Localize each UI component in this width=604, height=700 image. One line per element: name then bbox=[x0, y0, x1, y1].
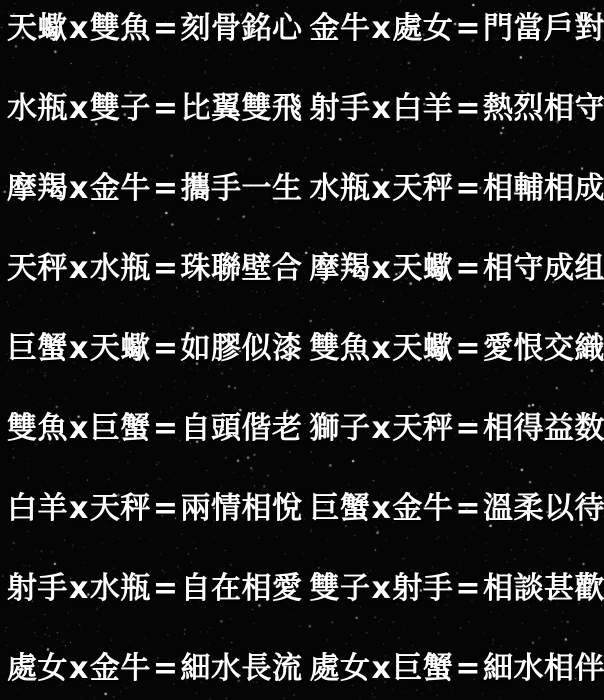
pairing-left: 摩羯x金牛=攜手一生 bbox=[0, 171, 303, 207]
pairing-right: 巨蟹x金牛=溫柔以待 bbox=[303, 491, 604, 527]
pair-separator: x bbox=[371, 491, 393, 526]
pair-separator: x bbox=[68, 251, 90, 286]
sign-a-label: 金牛 bbox=[310, 11, 371, 46]
pairing-row: 雙魚x巨蟹=自頭偕老 獅子x天秤=相得益数 bbox=[0, 411, 604, 447]
pair-separator: x bbox=[371, 571, 393, 606]
pairing-right: 摩羯x天蠍=相守成组 bbox=[303, 251, 604, 287]
sign-a-label: 白羊 bbox=[7, 491, 68, 526]
equals-sign: = bbox=[453, 91, 483, 126]
equals-sign: = bbox=[151, 411, 181, 446]
pair-separator: x bbox=[371, 331, 393, 366]
sign-b-label: 雙魚 bbox=[90, 11, 151, 46]
pairing-left: 處女x金牛=細水長流 bbox=[0, 651, 303, 687]
pairing-row: 天秤x水瓶=珠聯壁合 摩羯x天蠍=相守成组 bbox=[0, 251, 604, 287]
pair-separator: x bbox=[371, 251, 393, 286]
pairing-right: 金牛x處女=門當戶對 bbox=[303, 11, 604, 47]
pairing-left: 水瓶x雙子=比翼雙飛 bbox=[0, 91, 303, 127]
sign-a-label: 天蠍 bbox=[7, 11, 68, 46]
pair-separator: x bbox=[68, 571, 90, 606]
sign-b-label: 天蠍 bbox=[392, 331, 453, 366]
equals-sign: = bbox=[453, 11, 483, 46]
pairing-row: 射手x水瓶=自在相愛 雙子x射手=相談甚歡 bbox=[0, 571, 604, 607]
sign-b-label: 雙子 bbox=[90, 91, 151, 126]
pairing-result: 兩情相悅 bbox=[181, 491, 303, 526]
pairing-result: 相談甚歡 bbox=[483, 571, 604, 606]
sign-a-label: 水瓶 bbox=[7, 91, 68, 126]
pairing-row: 處女x金牛=細水長流 處女x巨蟹=細水相伴 bbox=[0, 651, 604, 687]
pairing-row: 白羊x天秤=兩情相悅 巨蟹x金牛=溫柔以待 bbox=[0, 491, 604, 527]
sign-b-label: 巨蟹 bbox=[90, 411, 151, 446]
sign-a-label: 射手 bbox=[7, 571, 68, 606]
sign-b-label: 巨蟹 bbox=[392, 651, 453, 686]
pairing-right: 射手x白羊=熱烈相守 bbox=[303, 91, 604, 127]
pairing-left: 射手x水瓶=自在相愛 bbox=[0, 571, 303, 607]
pairing-row: 天蠍x雙魚=刻骨銘心 金牛x處女=門當戶對 bbox=[0, 11, 604, 47]
equals-sign: = bbox=[151, 571, 181, 606]
pair-separator: x bbox=[68, 411, 90, 446]
sign-a-label: 處女 bbox=[7, 651, 68, 686]
pairing-right: 雙魚x天蠍=愛恨交織 bbox=[303, 331, 604, 367]
pair-separator: x bbox=[68, 11, 90, 46]
sign-b-label: 射手 bbox=[392, 571, 453, 606]
pairing-result: 自頭偕老 bbox=[181, 411, 303, 446]
pair-separator: x bbox=[68, 91, 90, 126]
pairing-row: 摩羯x金牛=攜手一生 水瓶x天秤=相輔相成 bbox=[0, 171, 604, 207]
equals-sign: = bbox=[151, 491, 181, 526]
sign-b-label: 天蠍 bbox=[392, 251, 453, 286]
pair-separator: x bbox=[68, 491, 90, 526]
pairing-result: 刻骨銘心 bbox=[181, 11, 303, 46]
pair-separator: x bbox=[68, 331, 90, 366]
pairing-left: 巨蟹x天蠍=如膠似漆 bbox=[0, 331, 303, 367]
sign-b-label: 金牛 bbox=[90, 651, 151, 686]
pairing-left: 白羊x天秤=兩情相悅 bbox=[0, 491, 303, 527]
equals-sign: = bbox=[151, 91, 181, 126]
sign-b-label: 天秤 bbox=[392, 171, 453, 206]
sign-b-label: 天秤 bbox=[392, 411, 453, 446]
sign-a-label: 摩羯 bbox=[7, 171, 68, 206]
sign-a-label: 處女 bbox=[310, 651, 371, 686]
equals-sign: = bbox=[151, 331, 181, 366]
pair-separator: x bbox=[68, 171, 90, 206]
pairing-left: 天秤x水瓶=珠聯壁合 bbox=[0, 251, 303, 287]
pair-separator: x bbox=[371, 171, 393, 206]
equals-sign: = bbox=[151, 251, 181, 286]
sign-a-label: 射手 bbox=[310, 91, 371, 126]
sign-b-label: 金牛 bbox=[392, 491, 453, 526]
pairing-result: 溫柔以待 bbox=[483, 491, 604, 526]
sign-b-label: 天秤 bbox=[90, 491, 151, 526]
equals-sign: = bbox=[453, 571, 483, 606]
sign-a-label: 巨蟹 bbox=[310, 491, 371, 526]
sign-a-label: 獅子 bbox=[310, 411, 371, 446]
pairing-result: 細水相伴 bbox=[483, 651, 604, 686]
equals-sign: = bbox=[151, 11, 181, 46]
equals-sign: = bbox=[151, 651, 181, 686]
equals-sign: = bbox=[453, 171, 483, 206]
sign-a-label: 水瓶 bbox=[310, 171, 371, 206]
pairing-result: 細水長流 bbox=[181, 651, 303, 686]
equals-sign: = bbox=[453, 411, 483, 446]
sign-a-label: 摩羯 bbox=[310, 251, 371, 286]
pairing-result: 相守成组 bbox=[483, 251, 604, 286]
pairing-left: 天蠍x雙魚=刻骨銘心 bbox=[0, 11, 303, 47]
sign-b-label: 水瓶 bbox=[90, 571, 151, 606]
equals-sign: = bbox=[453, 491, 483, 526]
sign-b-label: 白羊 bbox=[392, 91, 453, 126]
pairing-left: 雙魚x巨蟹=自頭偕老 bbox=[0, 411, 303, 447]
pair-separator: x bbox=[371, 11, 393, 46]
pairing-result: 相得益数 bbox=[483, 411, 604, 446]
pairing-result: 如膠似漆 bbox=[181, 331, 303, 366]
sign-a-label: 雙魚 bbox=[7, 411, 68, 446]
equals-sign: = bbox=[151, 171, 181, 206]
sign-a-label: 雙子 bbox=[310, 571, 371, 606]
sign-b-label: 水瓶 bbox=[90, 251, 151, 286]
pairing-result: 門當戶對 bbox=[483, 11, 604, 46]
sign-b-label: 金牛 bbox=[90, 171, 151, 206]
pair-separator: x bbox=[371, 91, 393, 126]
pairing-result: 相輔相成 bbox=[483, 171, 604, 206]
pairing-row: 巨蟹x天蠍=如膠似漆 雙魚x天蠍=愛恨交織 bbox=[0, 331, 604, 367]
pairing-right: 獅子x天秤=相得益数 bbox=[303, 411, 604, 447]
pairing-result: 攜手一生 bbox=[181, 171, 303, 206]
sign-b-label: 處女 bbox=[392, 11, 453, 46]
equals-sign: = bbox=[453, 651, 483, 686]
pairing-right: 水瓶x天秤=相輔相成 bbox=[303, 171, 604, 207]
pair-separator: x bbox=[371, 411, 393, 446]
pairing-result: 自在相愛 bbox=[181, 571, 303, 606]
pairing-result: 熱烈相守 bbox=[483, 91, 604, 126]
sign-b-label: 天蠍 bbox=[90, 331, 151, 366]
pairing-result: 愛恨交織 bbox=[483, 331, 604, 366]
pairings-list: 天蠍x雙魚=刻骨銘心 金牛x處女=門當戶對 水瓶x雙子=比翼雙飛 射手x白羊=熱… bbox=[0, 0, 604, 700]
pairing-result: 珠聯壁合 bbox=[181, 251, 303, 286]
zodiac-pairings-image: 天蠍x雙魚=刻骨銘心 金牛x處女=門當戶對 水瓶x雙子=比翼雙飛 射手x白羊=熱… bbox=[0, 0, 604, 700]
sign-a-label: 巨蟹 bbox=[7, 331, 68, 366]
pairing-right: 處女x巨蟹=細水相伴 bbox=[303, 651, 604, 687]
sign-a-label: 雙魚 bbox=[310, 331, 371, 366]
pairing-right: 雙子x射手=相談甚歡 bbox=[303, 571, 604, 607]
pair-separator: x bbox=[68, 651, 90, 686]
pair-separator: x bbox=[371, 651, 393, 686]
pairing-result: 比翼雙飛 bbox=[181, 91, 303, 126]
pairing-row: 水瓶x雙子=比翼雙飛 射手x白羊=熱烈相守 bbox=[0, 91, 604, 127]
sign-a-label: 天秤 bbox=[7, 251, 68, 286]
equals-sign: = bbox=[453, 251, 483, 286]
equals-sign: = bbox=[453, 331, 483, 366]
